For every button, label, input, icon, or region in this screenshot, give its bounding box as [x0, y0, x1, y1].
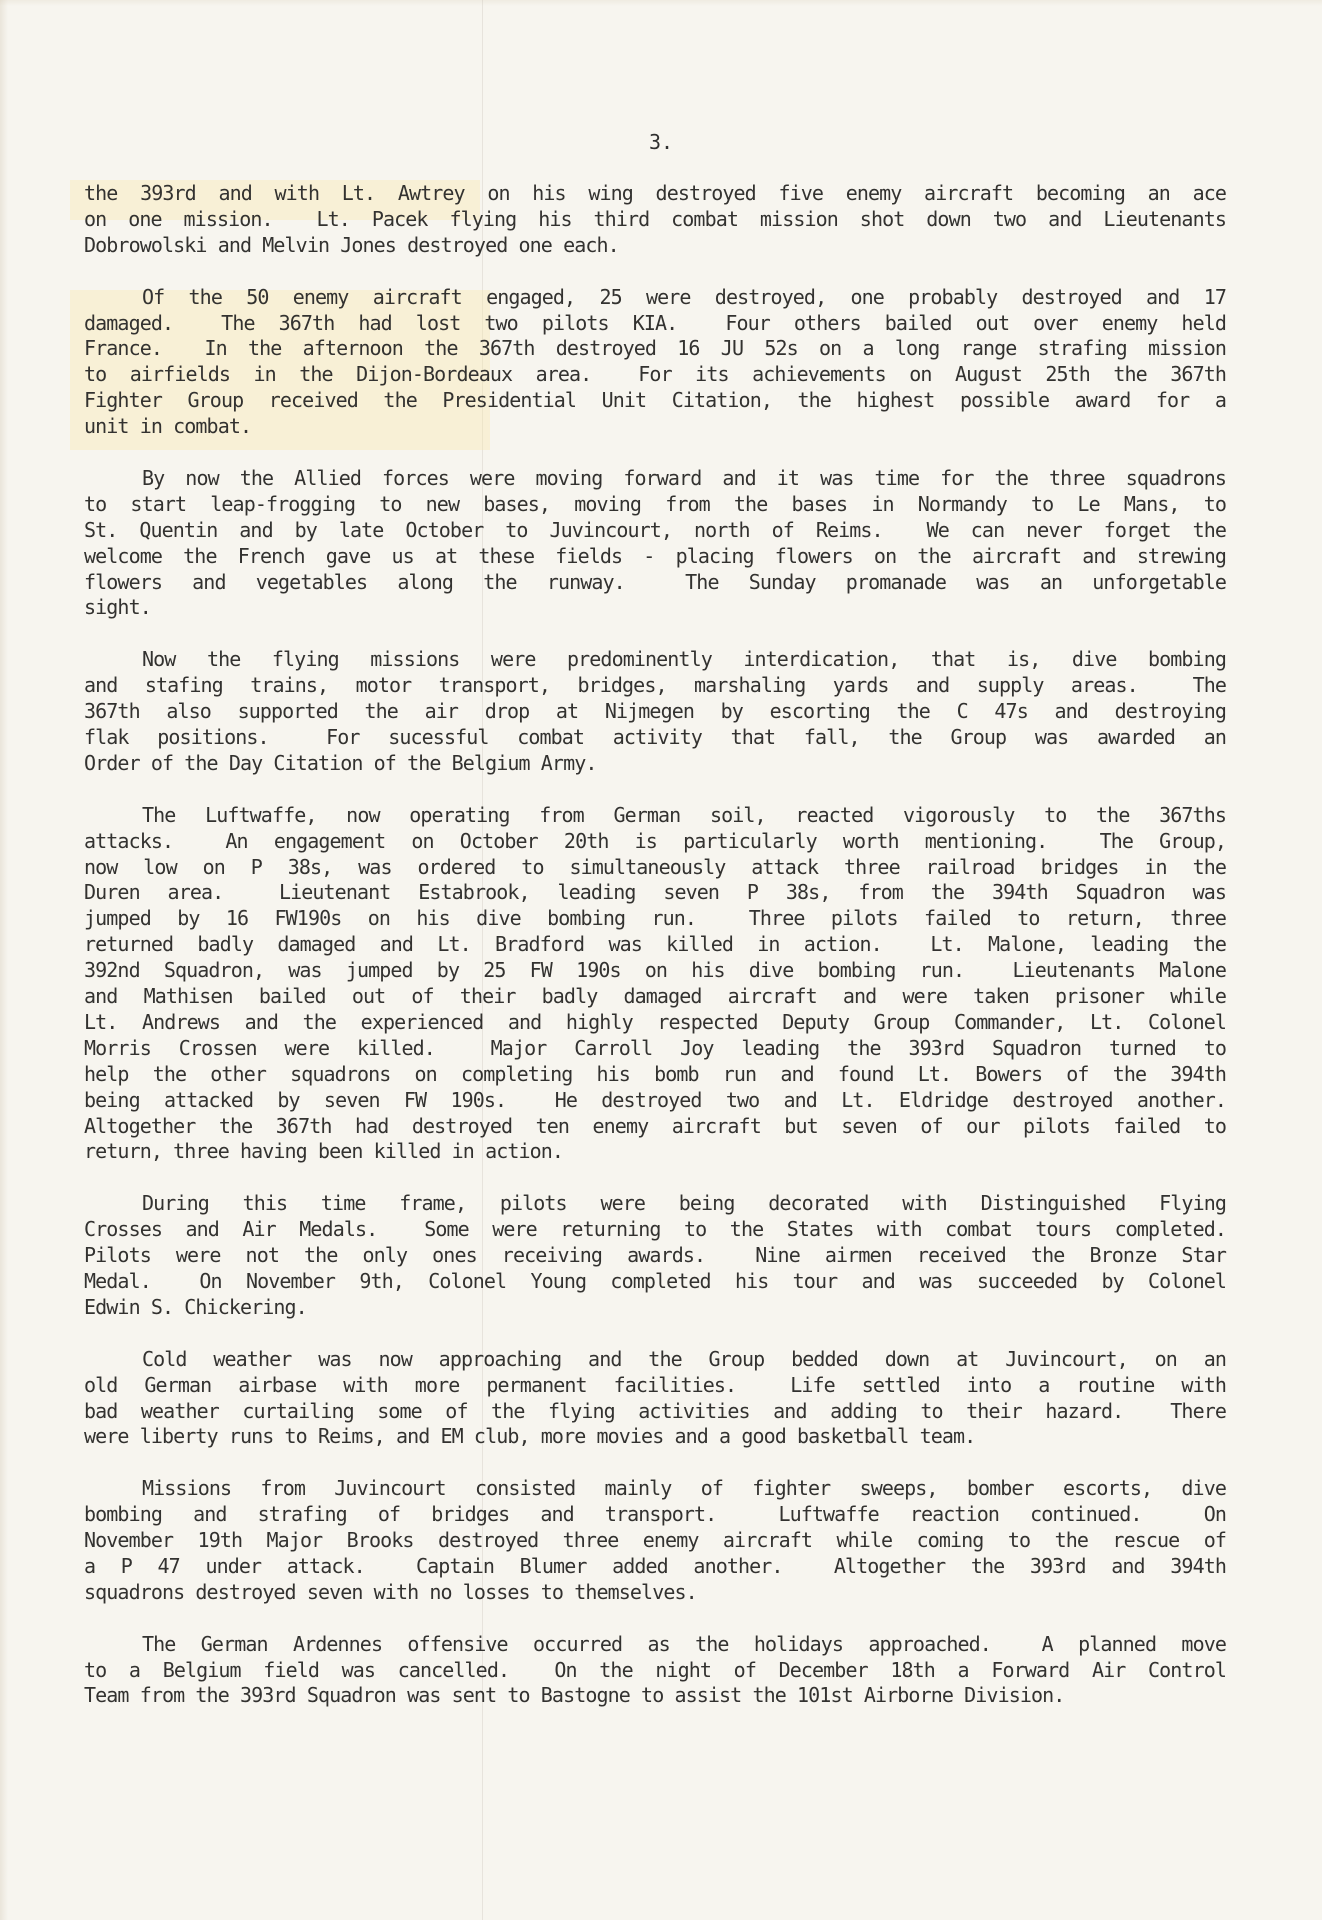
- text-line: help the other squadrons on completing h…: [84, 1062, 1226, 1088]
- text-line: Dobrowolski and Melvin Jones destroyed o…: [84, 233, 1226, 259]
- text-line: returned badly damaged and Lt. Bradford …: [84, 932, 1226, 958]
- text-line: Edwin S. Chickering.: [84, 1295, 1226, 1321]
- paragraph: Now the flying missions were predominent…: [84, 647, 1226, 777]
- text-line: to start leap-frogging to new bases, mov…: [84, 492, 1226, 518]
- paragraph: The German Ardennes offensive occurred a…: [84, 1632, 1226, 1710]
- text-line: Pilots were not the only ones receiving …: [84, 1243, 1226, 1269]
- text-line: to a Belgium field was cancelled. On the…: [84, 1658, 1226, 1684]
- text-line: Crosses and Air Medals. Some were return…: [84, 1217, 1226, 1243]
- paragraph: During this time frame, pilots were bein…: [84, 1191, 1226, 1321]
- document-page: 3. the 393rd and with Lt. Awtrey on his …: [0, 0, 1322, 1920]
- text-line: Lt. Andrews and the experienced and high…: [84, 1010, 1226, 1036]
- paragraph: By now the Allied forces were moving for…: [84, 466, 1226, 621]
- text-line: flak positions. For sucessful combat act…: [84, 725, 1226, 751]
- paragraph: The Luftwaffe, now operating from German…: [84, 803, 1226, 1166]
- text-line: During this time frame, pilots were bein…: [84, 1191, 1226, 1217]
- text-line: were liberty runs to Reims, and EM club,…: [84, 1424, 1226, 1450]
- text-line: Morris Crossen were killed. Major Carrol…: [84, 1036, 1226, 1062]
- document-body: the 393rd and with Lt. Awtrey on his win…: [84, 181, 1226, 1735]
- text-line: damaged. The 367th had lost two pilots K…: [84, 311, 1226, 337]
- text-line: November 19th Major Brooks destroyed thr…: [84, 1528, 1226, 1554]
- text-line: bombing and strafing of bridges and tran…: [84, 1502, 1226, 1528]
- text-line: St. Quentin and by late October to Juvin…: [84, 518, 1226, 544]
- paragraph: the 393rd and with Lt. Awtrey on his win…: [84, 181, 1226, 259]
- page-number: 3.: [0, 130, 1322, 154]
- text-line: and stafing trains, motor transport, bri…: [84, 673, 1226, 699]
- text-line: now low on P 38s, was ordered to simulta…: [84, 855, 1226, 881]
- text-line: 367th also supported the air drop at Nij…: [84, 699, 1226, 725]
- text-line: old German airbase with more permanent f…: [84, 1373, 1226, 1399]
- text-line: jumped by 16 FW190s on his dive bombing …: [84, 906, 1226, 932]
- text-line: welcome the French gave us at these fiel…: [84, 544, 1226, 570]
- text-line: the 393rd and with Lt. Awtrey on his win…: [84, 181, 1226, 207]
- text-line: attacks. An engagement on October 20th i…: [84, 829, 1226, 855]
- text-line: The Luftwaffe, now operating from German…: [84, 803, 1226, 829]
- text-line: Cold weather was now approaching and the…: [84, 1347, 1226, 1373]
- paragraph: Cold weather was now approaching and the…: [84, 1347, 1226, 1451]
- text-line: a P 47 under attack. Captain Blumer adde…: [84, 1554, 1226, 1580]
- text-line: bad weather curtailing some of the flyin…: [84, 1399, 1226, 1425]
- text-line: and Mathisen bailed out of their badly d…: [84, 984, 1226, 1010]
- text-line: to airfields in the Dijon-Bordeaux area.…: [84, 362, 1226, 388]
- text-line: Order of the Day Citation of the Belgium…: [84, 751, 1226, 777]
- text-line: 392nd Squadron, was jumped by 25 FW 190s…: [84, 958, 1226, 984]
- text-line: flowers and vegetables along the runway.…: [84, 570, 1226, 596]
- text-line: return, three having been killed in acti…: [84, 1139, 1226, 1165]
- paragraph: Of the 50 enemy aircraft engaged, 25 wer…: [84, 285, 1226, 440]
- text-line: Fighter Group received the Presidential …: [84, 388, 1226, 414]
- text-line: Team from the 393rd Squadron was sent to…: [84, 1683, 1226, 1709]
- paragraph: Missions from Juvincourt consisted mainl…: [84, 1476, 1226, 1606]
- text-line: France. In the afternoon the 367th destr…: [84, 336, 1226, 362]
- text-line: on one mission. Lt. Pacek flying his thi…: [84, 207, 1226, 233]
- text-line: The German Ardennes offensive occurred a…: [84, 1632, 1226, 1658]
- text-line: sight.: [84, 595, 1226, 621]
- text-line: being attacked by seven FW 190s. He dest…: [84, 1088, 1226, 1114]
- text-line: Altogether the 367th had destroyed ten e…: [84, 1114, 1226, 1140]
- text-line: Of the 50 enemy aircraft engaged, 25 wer…: [84, 285, 1226, 311]
- text-line: Duren area. Lieutenant Estabrook, leadin…: [84, 880, 1226, 906]
- text-line: By now the Allied forces were moving for…: [84, 466, 1226, 492]
- text-line: Now the flying missions were predominent…: [84, 647, 1226, 673]
- text-line: Medal. On November 9th, Colonel Young co…: [84, 1269, 1226, 1295]
- text-line: Missions from Juvincourt consisted mainl…: [84, 1476, 1226, 1502]
- text-line: unit in combat.: [84, 414, 1226, 440]
- text-line: squadrons destroyed seven with no losses…: [84, 1580, 1226, 1606]
